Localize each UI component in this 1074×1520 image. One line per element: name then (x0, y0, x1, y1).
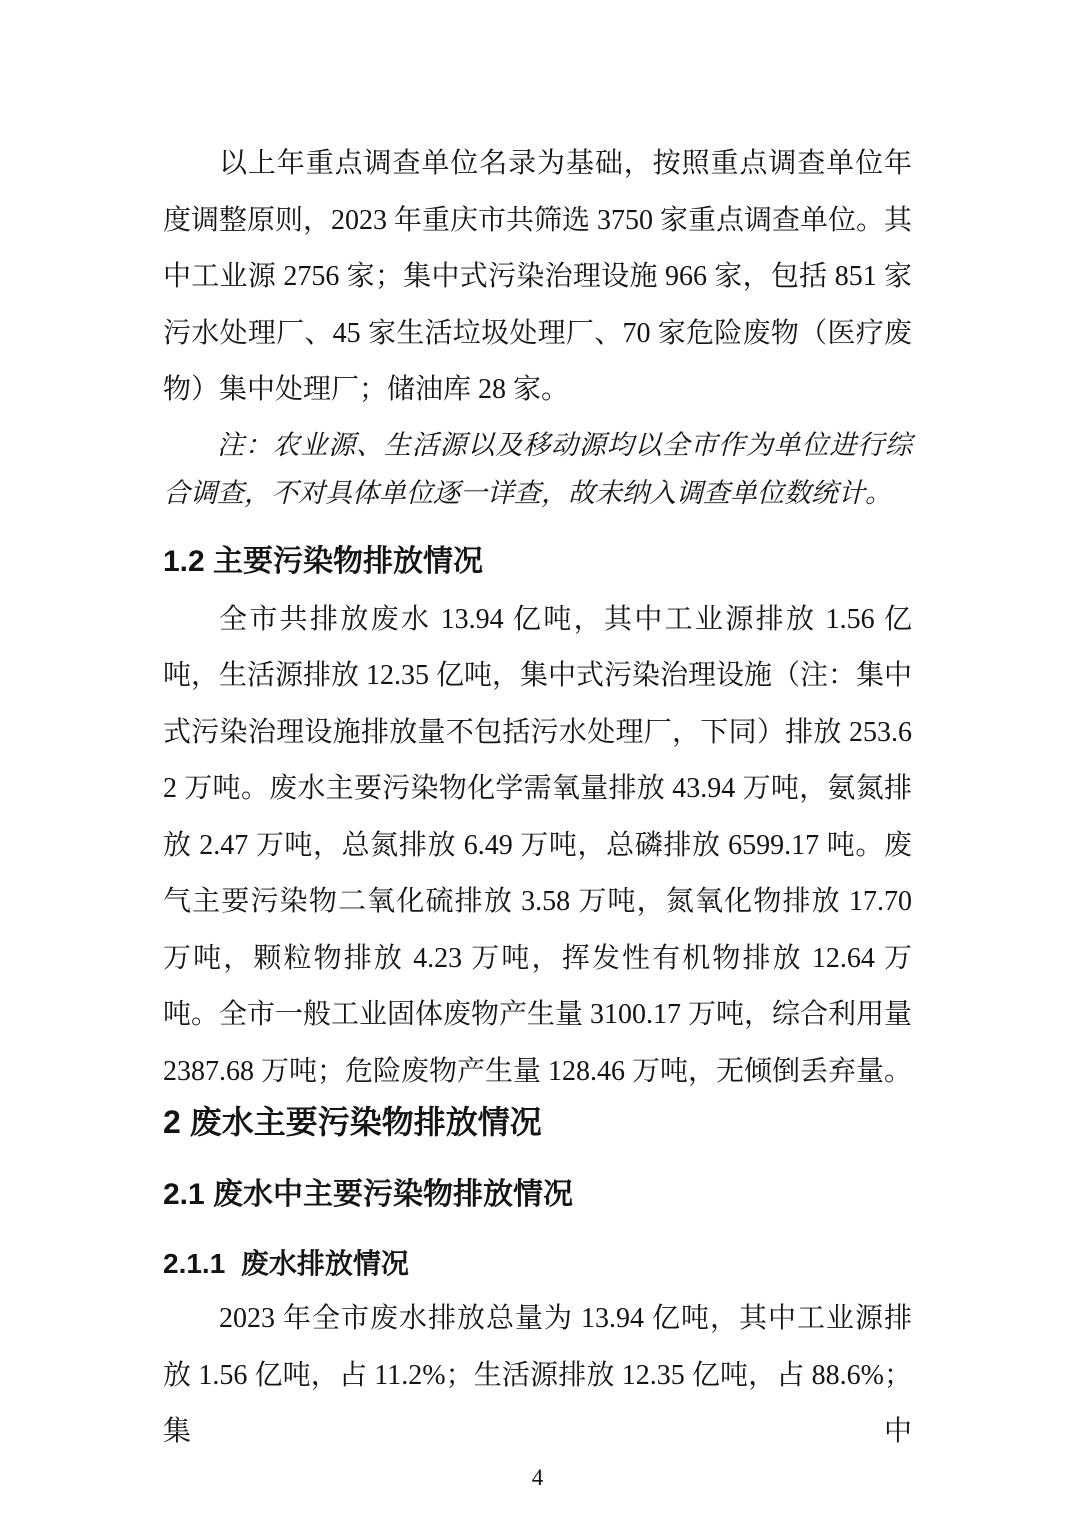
paragraph-wastewater-discharge-2023: 2023 年全市废水排放总量为 13.94 亿吨，其中工业源排放 1.56 亿吨… (163, 1291, 912, 1461)
section-heading-2-1-wastewater-main-pollutants: 2.1 废水中主要污染物排放情况 (163, 1174, 912, 1216)
paragraph-pollutant-summary: 全市共排放废水 13.94 亿吨，其中工业源排放 1.56 亿吨，生活源排放 1… (163, 592, 912, 1101)
paragraph-survey-units: 以上年重点调查单位名录为基础，按照重点调查单位年度调整原则，2023 年重庆市共… (163, 136, 912, 419)
section-heading-2-wastewater-pollutants: 2 废水主要污染物排放情况 (163, 1100, 912, 1144)
document-page: 以上年重点调查单位名录为基础，按照重点调查单位年度调整原则，2023 年重庆市共… (0, 0, 1074, 1520)
section-heading-1-2-pollutant-emissions: 1.2 主要污染物排放情况 (163, 541, 912, 583)
page-number: 4 (163, 1463, 912, 1493)
paragraph-note-survey-scope: 注：农业源、生活源以及移动源均以全市作为单位进行综合调查，不对具体单位逐一详查，… (163, 421, 912, 517)
section-heading-2-1-1-wastewater-discharge: 2.1.1 废水排放情况 (163, 1244, 912, 1284)
